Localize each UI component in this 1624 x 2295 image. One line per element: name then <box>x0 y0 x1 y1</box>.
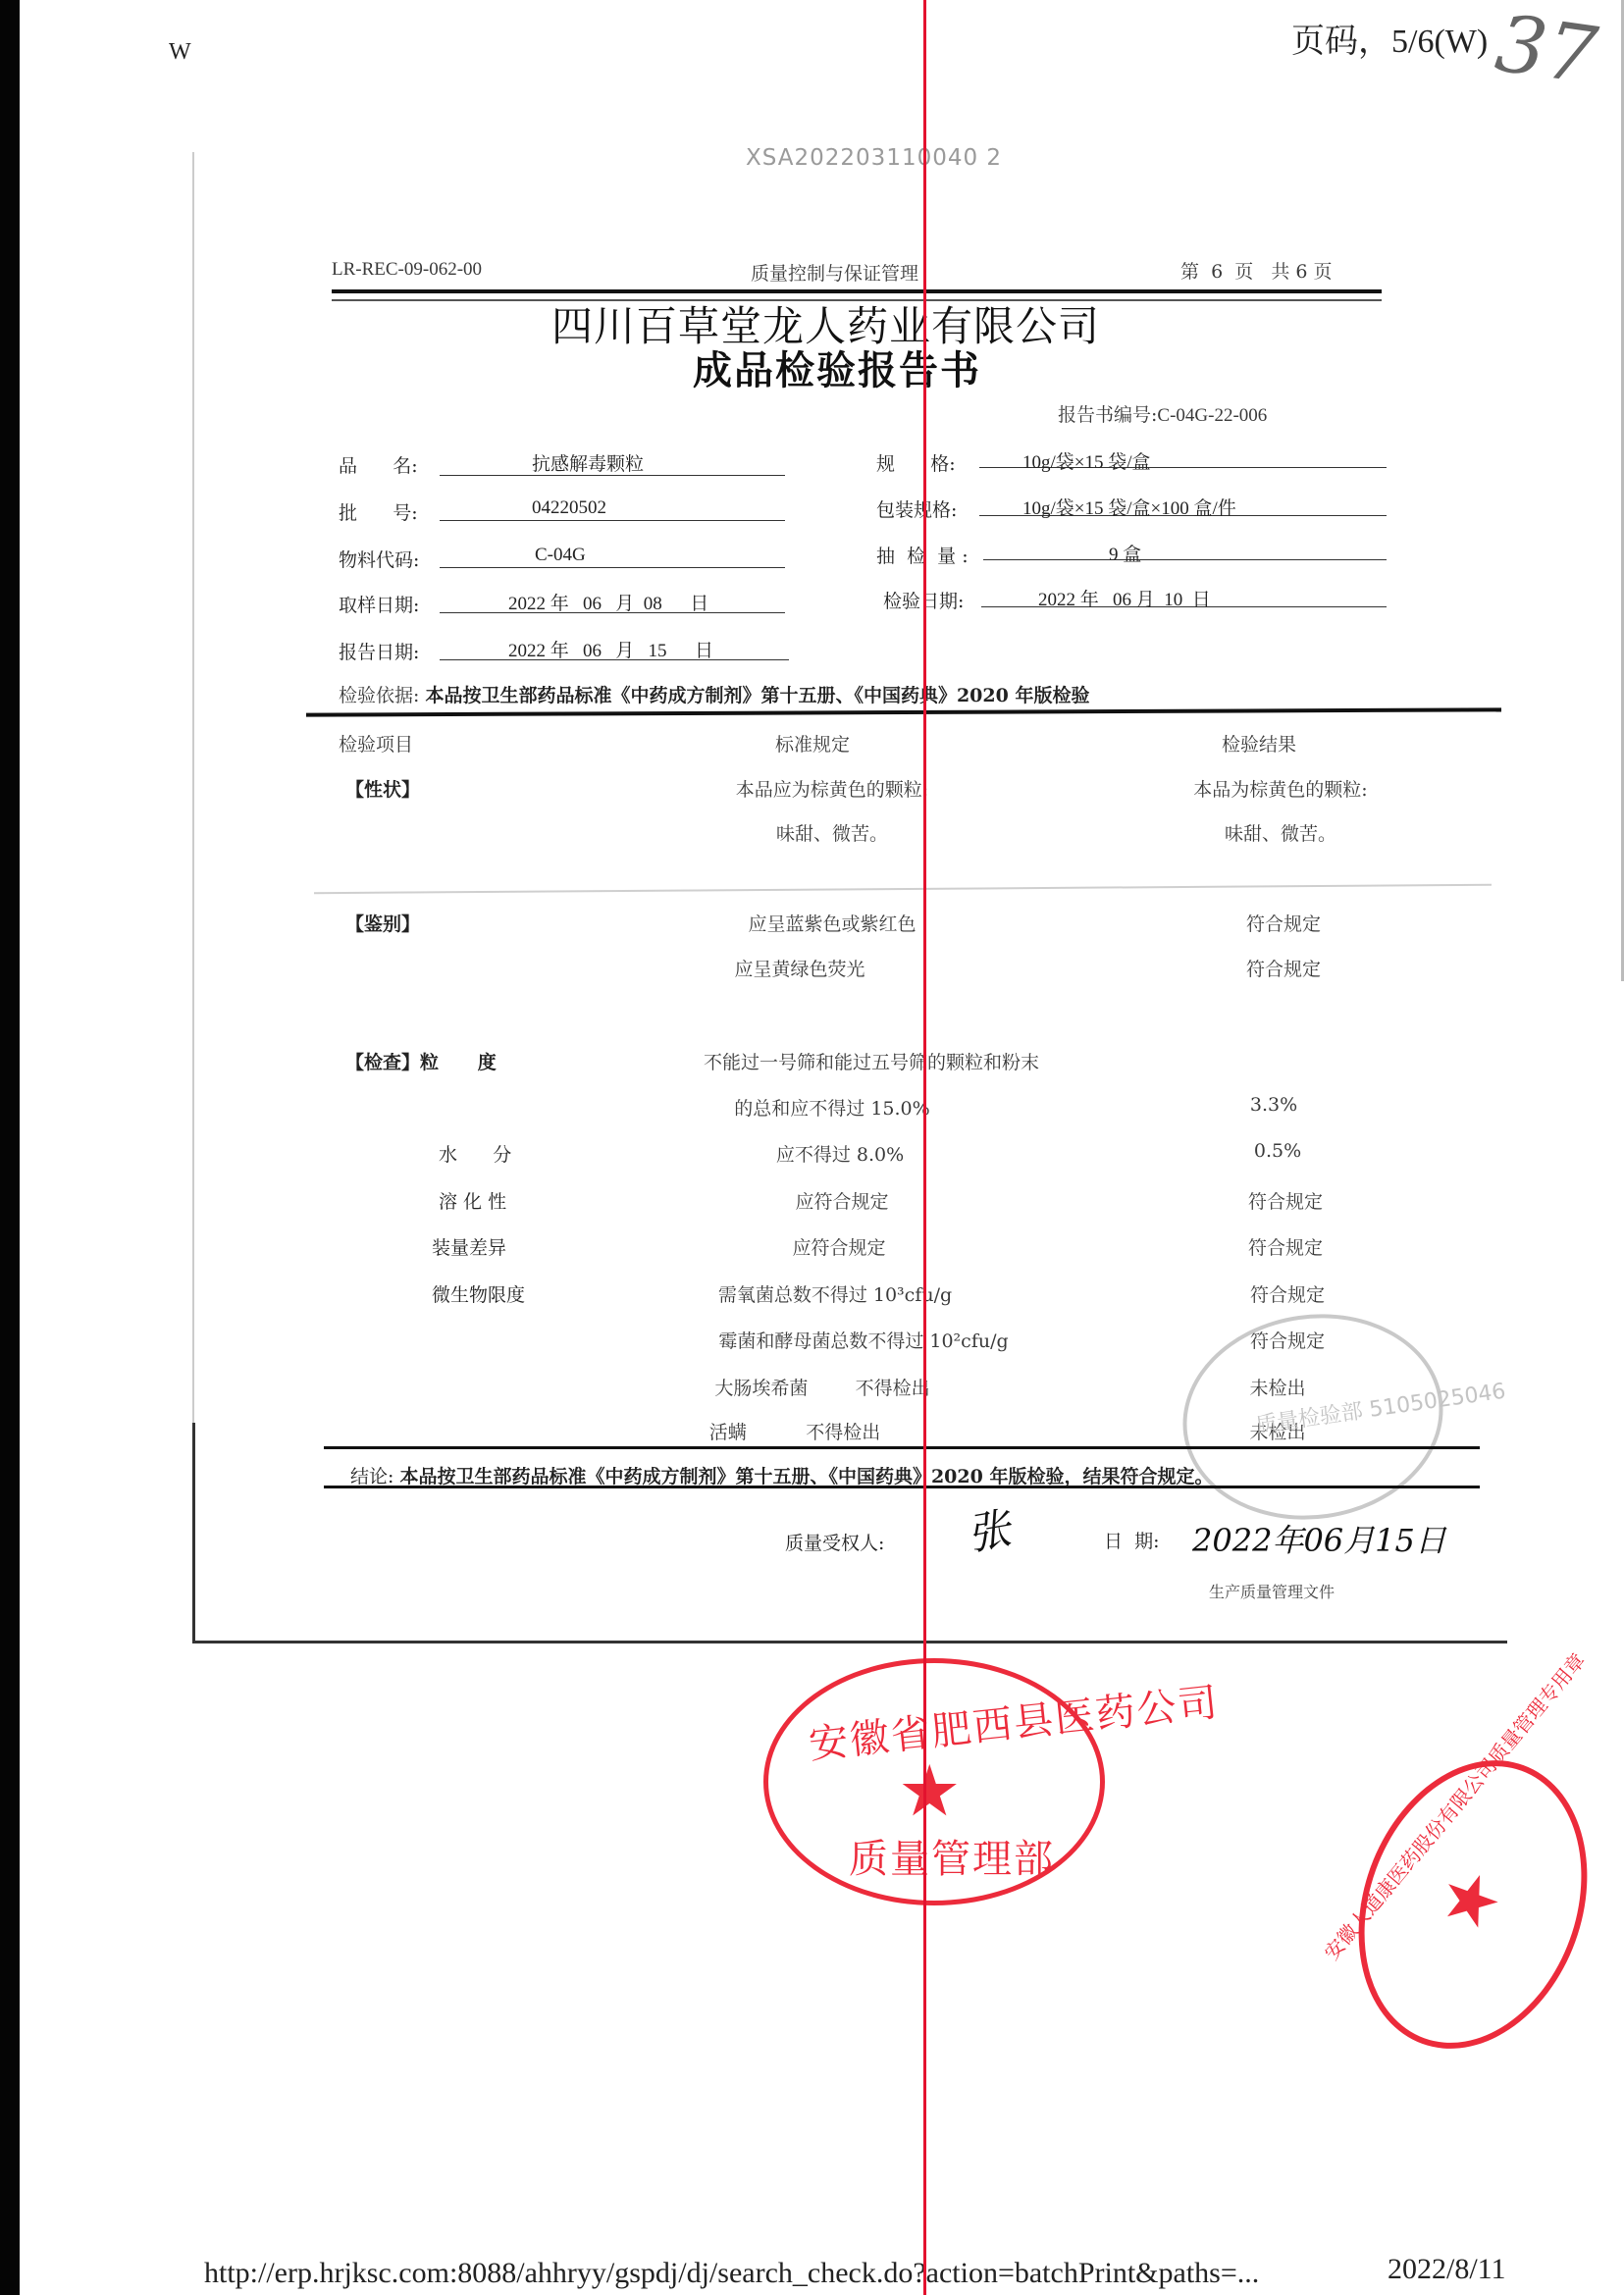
scan-left-border <box>0 0 20 2295</box>
package-spec-value: 10g/袋×15 袋/盒×100 盒/件 <box>1022 494 1236 520</box>
table-header-0: 检验项目 <box>339 730 413 756</box>
scan-red-line <box>923 0 926 2295</box>
page-info: 第 6 页 共 6 页 <box>1180 257 1333 284</box>
batch-no-value: 04220502 <box>532 497 606 519</box>
table-cell-standard: 味甜、微苦。 <box>776 819 888 846</box>
report-number: 报告书编号:C-04G-22-006 <box>1058 400 1267 427</box>
page-label: 页码，5/6(W) <box>1291 14 1488 62</box>
table-cell-result: 味甜、微苦。 <box>1225 819 1336 846</box>
document-type: 生产质量管理文件 <box>1209 1580 1335 1602</box>
gray-round-stamp: 质量检验部 5105025046 <box>1170 1298 1456 1537</box>
inspection-basis-text: 本品按卫生部药品标准《中药成方制剂》第十五册、《中国药典》2020 年版检验 <box>425 685 1089 706</box>
authorized-person-label: 质量受权人: <box>785 1529 884 1555</box>
table-cell-result: 符合规定 <box>1248 1187 1323 1214</box>
conclusion-rule-bottom <box>324 1486 1480 1488</box>
table-cell-standard: 应呈蓝紫色或紫红色 <box>748 910 916 936</box>
table-cell-result: 符合规定 <box>1250 1280 1325 1307</box>
authorized-signature: 张 <box>962 1493 1015 1563</box>
table-cell-item: 【性状】 <box>345 775 420 802</box>
package-spec-label: 包装规格: <box>876 496 957 522</box>
batch-no-label: 批 号: <box>339 498 418 525</box>
conclusion-label: 结论: <box>350 1466 393 1487</box>
scan-frame-left-dark <box>192 1423 195 1643</box>
table-cell-standard: 应不得过 8.0% <box>776 1140 904 1167</box>
table-cell-standard: 应符合规定 <box>795 1187 888 1214</box>
page-letter: W <box>169 39 191 66</box>
inspection-basis-label: 检验依据: <box>339 685 419 706</box>
red-round-stamp: ★ 安徽人道康医药股份有限公司质量管理专用章 <box>1320 1728 1624 2081</box>
table-cell-result: 0.5% <box>1254 1140 1301 1162</box>
table-cell-result: 符合规定 <box>1246 955 1321 981</box>
star-icon: ★ <box>1428 1852 1513 1949</box>
report-title: 成品检验报告书 <box>693 339 981 395</box>
table-cell-item: 装量差异 <box>432 1233 506 1260</box>
footer-url: http://erp.hrjksc.com:8088/ahhryy/gspdj/… <box>204 2257 1259 2290</box>
form-code: LR-REC-09-062-00 <box>332 259 482 281</box>
table-cell-standard: 不能过一号筛和能过五号筛的颗粒和粉末 <box>704 1048 1039 1074</box>
table-cell-standard: 霉菌和酵母菌总数不得过 10²cfu/g <box>718 1327 1008 1353</box>
batch-no-underline <box>440 520 785 521</box>
section-separator <box>314 884 1492 894</box>
table-cell-item: 水 分 <box>439 1140 511 1167</box>
table-cell-result: 3.3% <box>1250 1094 1297 1116</box>
spec-label: 规 格: <box>876 449 956 476</box>
table-cell-item: 溶 化 性 <box>439 1187 506 1214</box>
table-cell-standard: 本品应为棕黄色的颗粒: <box>736 775 928 802</box>
table-cell-standard: 应呈黄绿色荧光 <box>734 955 864 981</box>
product-name-label: 品 名: <box>339 451 418 478</box>
sampling-date-label: 取样日期: <box>339 591 419 617</box>
report-number-label: 报告书编号: <box>1058 404 1157 426</box>
sample-qty-value: 9 盒 <box>1109 540 1141 566</box>
inspection-date-value: 2022 年 06 月 10 日 <box>1038 585 1211 611</box>
spec-value: 10g/袋×15 袋/盒 <box>1022 447 1151 474</box>
table-header-1: 标准规定 <box>775 730 850 756</box>
inspection-basis: 检验依据: 本品按卫生部药品标准《中药成方制剂》第十五册、《中国药典》2020 … <box>339 681 1089 707</box>
material-code-value: C-04G <box>535 545 586 566</box>
material-code-label: 物料代码: <box>339 546 419 572</box>
handwritten-page-number: 37 <box>1491 0 1602 102</box>
conclusion-text: 本品按卫生部药品标准《中药成方制剂》第十五册、《中国药典》2020 年版检验，结… <box>399 1466 1213 1487</box>
watermark-code: XSA202203110040 2 <box>746 145 1002 171</box>
table-cell-result: 本品为棕黄色的颗粒: <box>1193 775 1367 802</box>
report-date-label: 报告日期: <box>339 638 419 664</box>
material-code-underline <box>440 567 785 568</box>
sign-date-label: 日 期: <box>1104 1527 1159 1553</box>
table-cell-standard: 大肠埃希菌 不得检出 <box>714 1374 929 1400</box>
red-oval-stamp: 安徽省肥西县医药公司 ★ 质量管理部 <box>763 1658 1105 1905</box>
report-number-value: C-04G-22-006 <box>1157 405 1267 426</box>
scan-frame-bottom <box>192 1641 1507 1643</box>
conclusion-rule-top <box>324 1446 1480 1449</box>
conclusion: 结论: 本品按卫生部药品标准《中药成方制剂》第十五册、《中国药典》2020 年版… <box>350 1462 1213 1488</box>
table-cell-result: 符合规定 <box>1246 910 1321 936</box>
footer-date: 2022/8/11 <box>1388 2253 1506 2286</box>
sampling-date-value: 2022 年 06 月 08 日 <box>508 589 708 615</box>
table-header-2: 检验结果 <box>1222 730 1296 756</box>
table-cell-standard: 需氧菌总数不得过 10³cfu/g <box>718 1280 952 1307</box>
table-cell-standard: 应符合规定 <box>792 1233 885 1260</box>
header-rule-thick <box>332 289 1382 293</box>
star-icon: ★ <box>898 1749 962 1832</box>
table-cell-item: 微生物限度 <box>432 1280 525 1307</box>
sign-date-handwritten: 2022年06月15日 <box>1192 1516 1446 1561</box>
sample-qty-label: 抽 检 量 : <box>876 542 969 568</box>
table-cell-standard: 活螨 不得检出 <box>709 1418 880 1444</box>
scan-frame-left <box>192 152 194 1643</box>
product-name-value: 抗感解毒颗粒 <box>532 449 644 476</box>
report-date-value: 2022 年 06 月 15 日 <box>508 636 713 662</box>
table-cell-item: 【检查】粒 度 <box>345 1048 497 1074</box>
basis-rule <box>306 707 1501 716</box>
table-cell-result: 符合规定 <box>1248 1233 1323 1260</box>
table-cell-item: 【鉴别】 <box>345 910 420 936</box>
table-cell-standard: 的总和应不得过 15.0% <box>734 1094 929 1121</box>
section-name: 质量控制与保证管理 <box>751 259 918 286</box>
sample-qty-underline <box>983 559 1387 560</box>
